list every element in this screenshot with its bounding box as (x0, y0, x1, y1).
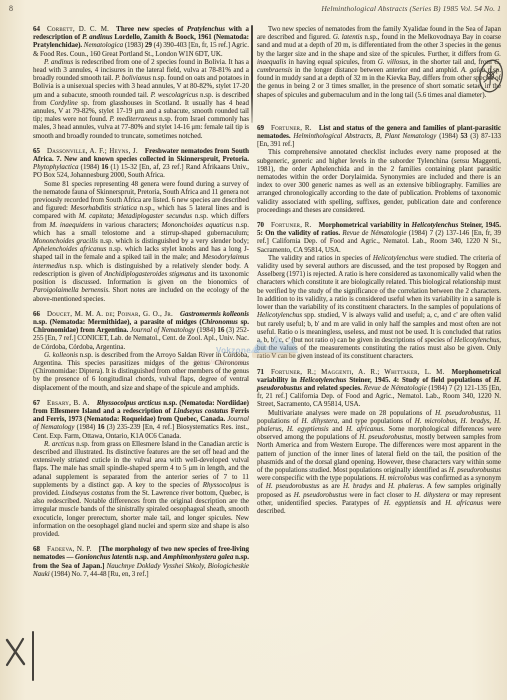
page-number: 8 (9, 4, 13, 13)
citation-text: 68 Fadeeva, N. P. [The morphology of two… (33, 545, 249, 578)
abstract-text: Multivariate analyses were made on 28 po… (257, 409, 501, 516)
abstract-text: Two new species of nematodes from the fa… (257, 25, 501, 99)
abstract-entry-66: 66 Doucet, M. M. A. de; Poinar, G. O., J… (33, 310, 249, 392)
citation-text: 71 Fortuner, R.; Maggenti, A. R.; Whitta… (257, 368, 501, 409)
abstract-entry-68-continued: Two new species of nematodes from the fa… (257, 25, 501, 99)
abstract-text: R. arcticus n.sp. from grass on Ellesmer… (33, 440, 249, 538)
abstract-entry-65: 65 Dassonville, A. F.; Heyns, J. Freshwa… (33, 147, 249, 303)
abstract-text: P. andinus is redescribed from one of 2 … (33, 58, 249, 140)
abstract-entry-70: 70 Fortuner, R. Morphometrical variabili… (257, 221, 501, 360)
scanned-journal-page: 8 Helminthological Abstracts (Series B) … (0, 0, 507, 700)
running-head-journal-title: Helminthological Abstracts (Series B) 19… (321, 4, 501, 13)
right-column: Two new species of nematodes from the fa… (257, 25, 501, 578)
abstract-text: This comprehensive annotated checklist i… (257, 148, 501, 214)
citation-text: 70 Fortuner, R. Morphometrical variabili… (257, 221, 501, 254)
abstract-entry-71: 71 Fortuner, R.; Maggenti, A. R.; Whitta… (257, 368, 501, 516)
two-column-text-block: 64 Corbett, D. C. M. Three new species o… (33, 25, 501, 578)
pen-margin-line-entry-68 (32, 631, 34, 681)
citation-text: 64 Corbett, D. C. M. Three new species o… (33, 25, 249, 58)
abstract-text: G. kolleonis n.sp. is described from the… (33, 351, 249, 392)
pen-margin-line-gutter (251, 25, 253, 123)
abstract-text: The validity and ratios in species of He… (257, 254, 501, 361)
citation-text: 69 Fortuner, R. List and status of the g… (257, 124, 501, 149)
citation-text: 65 Dassonville, A. F.; Heyns, J. Freshwa… (33, 147, 249, 180)
citation-text: 67 Ebsary, B. A. Rhyssocolpus arcticus n… (33, 399, 249, 440)
abstract-entry-68: 68 Fadeeva, N. P. [The morphology of two… (33, 545, 249, 578)
citation-text: 66 Doucet, M. M. A. de; Poinar, G. O., J… (33, 310, 249, 351)
abstract-entry-64: 64 Corbett, D. C. M. Three new species o… (33, 25, 249, 140)
abstract-entry-67: 67 Ebsary, B. A. Rhyssocolpus arcticus n… (33, 399, 249, 538)
circled-asterisk-annotation-icon (477, 55, 505, 97)
abstract-text: Some 81 species representing 48 genera w… (33, 180, 249, 303)
handwritten-x-mark-icon (3, 636, 29, 668)
abstract-entry-69: 69 Fortuner, R. List and status of the g… (257, 124, 501, 214)
left-column: 64 Corbett, D. C. M. Three new species o… (33, 25, 249, 578)
